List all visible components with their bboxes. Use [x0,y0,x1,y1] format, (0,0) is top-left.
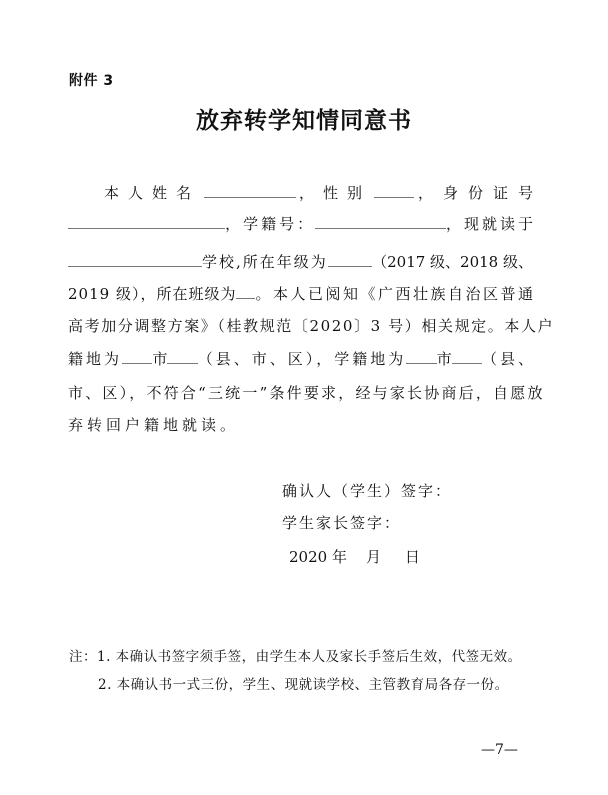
parent-signature-label: 学生家长签字： [282,512,401,533]
body-line-4: 2019 级），所在班级为 。本人已阅知《广西壮族自治区普通 [68,282,533,306]
household-county-field[interactable] [167,347,197,364]
student-number-field[interactable] [315,212,446,229]
student-signature-label: 确认人（学生）签字： [282,480,452,501]
school-field[interactable] [68,250,202,267]
gender-field[interactable] [374,181,414,198]
gender-label: ，性别 [299,181,371,205]
body-line-1: 本人姓名 ，性别 ，身份证号 [68,181,533,205]
household-city-field[interactable] [122,347,152,364]
name-field[interactable] [204,181,296,198]
signature-date: 2020 年 月 日 [289,546,420,567]
body-text-6e: （县、 [482,347,536,371]
note-2: 2. 本确认书一式三份，学生、现就读学校、主管教育局各存一份。 [98,673,509,693]
body-line-5: 高考加分调整方案》（桂教规范〔2020〕3 号）相关规定。本人户 [68,314,533,338]
attachment-label: 附件 3 [69,70,114,90]
grade-field[interactable] [328,250,372,267]
document-title: 放弃转学知情同意书 [0,102,608,135]
city-label-1: 市 [152,347,167,371]
enrollment-county-field[interactable] [452,347,482,364]
grade-label: 学校,所在年级为 [202,250,328,274]
enrollment-city-field[interactable] [406,347,436,364]
current-school-label: ，现就读于 [446,212,536,236]
note-1: 注：1. 本确认书签字须手签，由学生本人及家长手签后生效，代签无效。 [69,645,522,665]
household-label: 籍地为 [68,347,122,371]
body-line-8: 弃转回户籍地就读。 [68,413,533,437]
page-number: —7— [481,742,518,758]
body-line-3: 学校,所在年级为 （2017 级、2018 级、 [68,250,533,274]
body-text-4b: 。本人已阅知《广西壮族自治区普通 [255,282,535,306]
name-label: 本人姓名 [68,181,200,205]
body-line-2: ，学籍号： ，现就读于 [68,212,533,236]
body-line-7: 市、区），不符合“三统一”条件要求，经与家长协商后，自愿放 [68,381,533,405]
grade-options: （2017 级、2018 级、 [372,250,533,274]
id-label: ，身份证号 [418,181,543,205]
enrollment-label: （县、市、区），学籍地为 [198,347,407,371]
id-number-field[interactable] [68,212,225,229]
class-label: 2019 级），所在班级为 [68,282,236,306]
city-label-2: 市 [437,347,452,371]
class-field[interactable] [236,282,255,299]
body-line-6: 籍地为 市 （县、市、区），学籍地为 市 （县、 [68,347,533,371]
student-number-label: ，学籍号： [225,212,315,236]
